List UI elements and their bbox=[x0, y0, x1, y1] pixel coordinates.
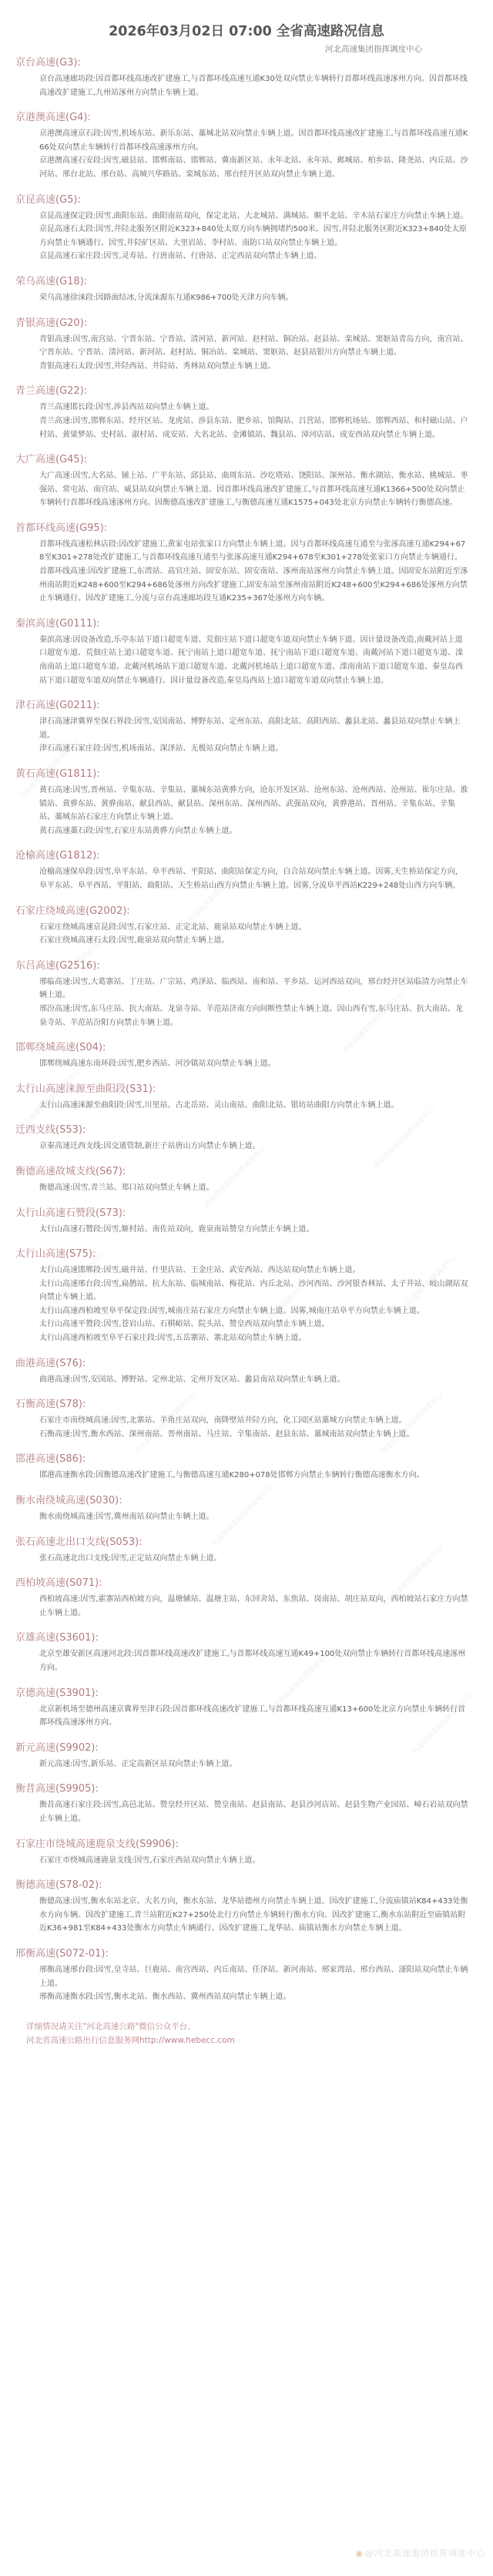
road-status-entry: 青银高速:因雪,南宫站、宁晋东站、宁晋站、清河站、新河站、赵村站、铜冶站、赵县站… bbox=[39, 333, 478, 360]
road-title: 石衡高速(S78): bbox=[15, 1397, 478, 1412]
road-title: 石家庄市绕城高速鹿泉支线(S9906): bbox=[15, 1837, 478, 1852]
road-status-entry: 太行山高速石赞段:因雪,姬村站、南佐站双向，鹿泉南站赞皇方向禁止车辆上道。 bbox=[39, 1223, 478, 1237]
road-section: 邢衡高速(S072-01):邢衡高速邢台段:因雪,皇寺站、巨鹿站、南宫西站、内丘… bbox=[15, 1946, 478, 2004]
road-status-entry: 太行山高速邢台段:因雪,扁鹊站、抗大东站、临城南站、梅花站、内丘北站、沙河西站、… bbox=[39, 1278, 478, 1305]
road-title: 京雄高速(S3601): bbox=[15, 1631, 478, 1646]
road-title: 曲港高速(S76): bbox=[15, 1356, 478, 1372]
road-section: 青兰高速(G22):青兰高速邯长段:因雪,涉县西站双向禁止车辆上道。青兰高速:因… bbox=[15, 384, 478, 442]
road-status-entry: 石家庄市南绕城高速:因雪,北寨站、羊角庄站双向，南降壁站井陉方向，化工园区站藁城… bbox=[39, 1414, 478, 1428]
road-title: 迁西支线(S53): bbox=[15, 1123, 478, 1138]
road-title: 衡昔高速(S9905): bbox=[15, 1782, 478, 1797]
road-status-entry: 新元高速:因雪,新乐站、正定高新区站双向禁止车辆上道。 bbox=[39, 1758, 478, 1772]
road-title: 青银高速(G20): bbox=[15, 316, 478, 331]
road-section: 石衡高速(S78):石家庄市南绕城高速:因雪,北寨站、羊角庄站双向，南降壁站井陉… bbox=[15, 1397, 478, 1441]
road-status-entry: 津石高速津冀界至保石界段:因雪,安国南站、博野东站、定州东站、高阳北站、高阳西站… bbox=[39, 715, 478, 742]
road-section: 青银高速(G20):青银高速:因雪,南宫站、宁晋东站、宁晋站、清河站、新河站、赵… bbox=[15, 316, 478, 374]
road-title: 新元高速(S9902): bbox=[15, 1741, 478, 1756]
road-status-entry: 太行山高速西柏坡至阜平石家庄段:因雪,五岳寨站、寨北站双向禁止车辆上道。 bbox=[39, 1332, 478, 1345]
road-section: 太行山高速石赞段(S73):太行山高速石赞段:因雪,姬村站、南佐站双向，鹿泉南站… bbox=[15, 1206, 478, 1237]
road-status-entry: 石家庄绕城高速石太段:因雪,鹿泉站双向禁止车辆上道。 bbox=[39, 934, 478, 948]
traffic-notice-page: 2026年03月02日 07:00 全省高速路况信息 河北高速集团指挥调度中心 … bbox=[0, 0, 493, 2047]
road-status-entry: 秦滨高速:因设备改造,乐亭东站下道口超宽车道、荒佃庄站下道口超宽车道双向禁止车辆… bbox=[39, 633, 478, 687]
road-title: 太行山高速(S75): bbox=[15, 1247, 478, 1262]
road-section: 京德高速(S3901):北京新机场至德州高速京冀界至津石段:因首都环线高速改扩建… bbox=[15, 1686, 478, 1730]
road-section: 太行山高速涞源至曲阳段(S31):太行山高速涞源至曲阳段:因雪,川里站、古北岳站… bbox=[15, 1082, 478, 1113]
road-title: 津石高速(G0211): bbox=[15, 698, 478, 714]
road-status-entry: 邯港高速衡水段:因衡德高速改扩建施工,与衡德高速互通K280+078处邯郸方向禁… bbox=[39, 1469, 478, 1483]
road-status-entry: 石家庄绕城高速京昆段:因雪,石家庄站、正定北站、鹿泉站双向禁止车辆上道。 bbox=[39, 921, 478, 935]
road-status-entry: 首都环线高速松林店段:因改扩建施工,黄家屯站张家口方向禁止车辆上道。因与首都环线… bbox=[39, 538, 478, 565]
road-status-entry: 衡昔高速石家庄段:因雪,高邑北站、赞皇经开区站、赞皇南站、赵县南站、赵县沙河店站… bbox=[39, 1798, 478, 1825]
road-status-entry: 张石高速北出口支线:因雪,正定站双向禁止车辆上道。 bbox=[39, 1552, 478, 1566]
road-section: 京港澳高速(G4):京港澳高速京石段:因雪,机场东站、新乐东站、藁城北站双向禁止… bbox=[15, 110, 478, 181]
road-section: 邯郸绕城高速(S04):邯郸绕城高速东南环段:因雪,肥乡西站、河沙镇站双向禁止车… bbox=[15, 1040, 478, 1071]
road-status-entry: 太行山高速西柏坡至阜平保定段:因雪,城南庄站石家庄方向禁止车辆上道。因雾,城南庄… bbox=[39, 1305, 478, 1318]
road-status-entry: 邢衡高速邢台段:因雪,皇寺站、巨鹿站、南宫西站、内丘南站、任泽站、新河南站、邢家… bbox=[39, 1963, 478, 1990]
road-status-entry: 青兰高速:因雪,邯郸东站、经开区站、龙虎站、涉县东站、肥乡站、馆陶站、吕营站、邯… bbox=[39, 415, 478, 442]
footer-notice: 详细情况请关注"河北高速公路"微信公众平台、 河北省高速公路出行信息服务网htt… bbox=[26, 2020, 478, 2047]
issuer-name: 河北高速集团指挥调度中心 bbox=[15, 43, 422, 55]
road-title: 邢衡高速(S072-01): bbox=[15, 1946, 478, 1962]
road-status-entry: 太行山高速涞源至曲阳段:因雪,川里站、古北岳站、灵山南站、曲阳北站、银坊站曲阳方… bbox=[39, 1099, 478, 1113]
road-status-entry: 黄石高速:因雪,晋州站、辛集东站、辛集站、藁城东站黄骅方向，沧东开发区站、沧州东… bbox=[39, 784, 478, 825]
road-section: 石家庄绕城高速(G2002):石家庄绕城高速京昆段:因雪,石家庄站、正定北站、鹿… bbox=[15, 904, 478, 948]
road-status-entry: 西柏坡高速:因雪,霍寨站西柏坡方向，温塘辅站、温塘主站、东回舍站、东焦站、岗南站… bbox=[39, 1593, 478, 1620]
road-status-entry: 荣乌高速徐涞段:因路面结冰,分流涞源东互通K986+700处天津方向车辆。 bbox=[39, 291, 478, 305]
road-section: 京雄高速(S3601):北京至雄安新区高速河北段:因首都环线高速改扩建施工,与首… bbox=[15, 1631, 478, 1674]
road-status-entry: 太行山高速平赞段:因雪,苍岩山站、石棋峪站、院头站、赞皇西站双向禁止车辆上道。 bbox=[39, 1318, 478, 1332]
weibo-logo-icon: ◉ bbox=[355, 2548, 364, 2558]
road-section: 太行山高速(S75):太行山高速邯郸段:因雪,磁井站、什里店站、王金庄站、武安西… bbox=[15, 1247, 478, 1345]
road-section: 京昆高速(G5):京昆高速保定段:因雪,曲阳东站、曲阳南站双向，保定北站、大北城… bbox=[15, 193, 478, 264]
road-status-entry: 京港澳高速石安段:因雪,磁县站、邯郸南站、邯郸站、冀南新区站、永年北站、永年站、… bbox=[39, 154, 478, 181]
road-status-entry: 衡水南绕城高速:因雪,冀州南站双向禁止车辆上道。 bbox=[39, 1510, 478, 1524]
road-section: 黄石高速(G1811):黄石高速:因雪,晋州站、辛集东站、辛集站、藁城东站黄骅方… bbox=[15, 767, 478, 838]
weibo-watermark-text: @河北高速集团指挥调度中心 bbox=[365, 2548, 485, 2558]
road-status-entry: 京秦高速迁西支线:因交通管制,新庄子站唐山方向禁止车辆上道。 bbox=[39, 1140, 478, 1154]
road-section: 津石高速(G0211):津石高速津冀界至保石界段:因雪,安国南站、博野东站、定州… bbox=[15, 698, 478, 756]
road-status-entry: 邢衡高速衡水段:因雪,衡水北站、衡水西站、冀州西站双向禁止车辆上道。 bbox=[39, 1990, 478, 2004]
road-title: 首都环线高速(G95): bbox=[15, 521, 478, 536]
road-title: 衡德高速故城支线(S67): bbox=[15, 1164, 478, 1180]
road-status-entry: 京港澳高速京石段:因雪,机场东站、新乐东站、藁城北站双向禁止车辆上道。因首都环线… bbox=[39, 127, 478, 154]
road-status-entry: 邯郸绕城高速东南环段:因雪,肥乡西站、河沙镇站双向禁止车辆上道。 bbox=[39, 1057, 478, 1071]
road-status-entry: 大广高速:因雪,大名站、铺上站、广平东站、邱县站、曲周东站、沙圪塔站、饶阳站、深… bbox=[39, 469, 478, 510]
road-status-entry: 北京新机场至德州高速京冀界至津石段:因首都环线高速改扩建施工,与首都环线高速互通… bbox=[39, 1703, 478, 1730]
road-section: 迁西支线(S53):京秦高速迁西支线:因交通管制,新庄子站唐山方向禁止车辆上道。 bbox=[15, 1123, 478, 1154]
road-section: 京台高速(G3):京台高速廊坊段:因首都环线高速改扩建施工,与首都环线高速互通K… bbox=[15, 55, 478, 99]
road-section: 石家庄市绕城高速鹿泉支线(S9906):石家庄市绕城高速鹿泉支线:因雪,石家庄西… bbox=[15, 1837, 478, 1868]
road-title: 京台高速(G3): bbox=[15, 55, 478, 71]
road-section: 曲港高速(S76):曲港高速:因雪,安国站、博野站、定州北站、定州开发区站、蠡县… bbox=[15, 1356, 478, 1387]
road-status-entry: 青兰高速邯长段:因雪,涉县西站双向禁止车辆上道。 bbox=[39, 401, 478, 415]
road-status-entry: 黄石高速藁石段:因雪,石家庄东站黄骅方向禁止车辆上道。 bbox=[39, 825, 478, 838]
road-section: 衡昔高速(S9905):衡昔高速石家庄段:因雪,高邑北站、赞皇经开区站、赞皇南站… bbox=[15, 1782, 478, 1825]
road-title: 石家庄绕城高速(G2002): bbox=[15, 904, 478, 919]
weibo-watermark: ◉@河北高速集团指挥调度中心 bbox=[355, 2547, 485, 2559]
road-section: 衡水南绕城高速(S030):衡水南绕城高速:因雪,冀州南站双向禁止车辆上道。 bbox=[15, 1493, 478, 1524]
road-status-entry: 首都环线高速:因改扩建施工,东湾站、高官庄站、固安东站、固安南站、涿州南站涿州方… bbox=[39, 565, 478, 606]
road-title: 京德高速(S3901): bbox=[15, 1686, 478, 1701]
road-section: 衡德高速故城支线(S67):衡德高速:因雪,青兰站、郑口站双向禁止车辆上道。 bbox=[15, 1164, 478, 1195]
road-section: 大广高速(G45):大广高速:因雪,大名站、铺上站、广平东站、邱县站、曲周东站、… bbox=[15, 452, 478, 510]
road-status-entry: 京昆高速石家庄段:因雪,灵寿站、行唐南站、行唐站、正定西站双向禁止车辆上道。 bbox=[39, 250, 478, 264]
road-status-entry: 青银高速石太段:因雪,井陉西站、井陉站、秀林站双向禁止车辆上道。 bbox=[39, 360, 478, 374]
road-section: 衡德高速(S78-02):衡德高速:因雪,衡水东站北京、大名方向，衡水东站、龙华… bbox=[15, 1878, 478, 1936]
page-title: 2026年03月02日 07:00 全省高速路况信息 bbox=[15, 23, 478, 40]
road-section: 东吕高速(G2516):邢临高速:因雪,大葛寨站、丁庄站、广宗站、鸡泽站、临西站… bbox=[15, 959, 478, 1029]
road-title: 大广高速(G45): bbox=[15, 452, 478, 468]
road-section: 荣乌高速(G18):荣乌高速徐涞段:因路面结冰,分流涞源东互通K986+700处… bbox=[15, 274, 478, 305]
road-status-entry: 太行山高速邯郸段:因雪,磁井站、什里店站、王金庄站、武安西站、西达站双向禁止车辆… bbox=[39, 1264, 478, 1278]
road-section: 沧榆高速(G1812):沧榆高速保阜段:因雪,阜平东站、阜平西站、平阳站、曲阳站… bbox=[15, 848, 478, 892]
road-title: 青兰高速(G22): bbox=[15, 384, 478, 399]
road-status-entry: 沧榆高速保阜段:因雪,阜平东站、阜平西站、平阳站、曲阳站保定方向，白合站双向禁止… bbox=[39, 865, 478, 892]
road-title: 衡水南绕城高速(S030): bbox=[15, 1493, 478, 1509]
road-status-entry: 京昆高速石太段:因雪,井陉北服务区附近K323+840处太原方向车辆拥堵约500… bbox=[39, 223, 478, 250]
road-title: 太行山高速石赞段(S73): bbox=[15, 1206, 478, 1221]
road-status-entry: 京昆高速保定段:因雪,曲阳东站、曲阳南站双向，保定北站、大北城站、满城站、顺平北… bbox=[39, 210, 478, 223]
road-title: 衡德高速(S78-02): bbox=[15, 1878, 478, 1893]
road-title: 太行山高速涞源至曲阳段(S31): bbox=[15, 1082, 478, 1097]
road-title: 荣乌高速(G18): bbox=[15, 274, 478, 290]
road-section: 西柏坡高速(S071):西柏坡高速:因雪,霍寨站西柏坡方向，温塘辅站、温塘主站、… bbox=[15, 1576, 478, 1620]
road-status-entry: 衡德高速:因雪,青兰站、郑口站双向禁止车辆上道。 bbox=[39, 1181, 478, 1195]
road-status-entry: 津石高速石家庄段:因雪,机场南站、深泽站、无极站双向禁止车辆上道。 bbox=[39, 742, 478, 756]
road-title: 沧榆高速(G1812): bbox=[15, 848, 478, 864]
road-section: 张石高速北出口支线(S053):张石高速北出口支线:因雪,正定站双向禁止车辆上道… bbox=[15, 1535, 478, 1566]
road-title: 邯港高速(S86): bbox=[15, 1452, 478, 1467]
road-title: 张石高速北出口支线(S053): bbox=[15, 1535, 478, 1550]
footer-wechat-line: 详细情况请关注"河北高速公路"微信公众平台、 bbox=[26, 2020, 478, 2034]
road-status-entry: 京台高速廊坊段:因首都环线高速改扩建施工,与首都环线高速互通K30处双向禁止车辆… bbox=[39, 72, 478, 99]
road-status-entry: 邢临高速:因雪,大葛寨站、丁庄站、广宗站、鸡泽站、临西站、南和站、平乡站、运河西… bbox=[39, 976, 478, 1003]
road-status-entry: 石衡高速:因雪,衡水西站、深州南站、晋州南站、马庄站、辛集南站、赵县东站、藁城南… bbox=[39, 1428, 478, 1442]
road-status-entry: 曲港高速:因雪,安国站、博野站、定州北站、定州开发区站、蠡县南站双向禁止车辆上道… bbox=[39, 1373, 478, 1387]
road-status-entry: 石家庄市绕城高速鹿泉支线:因雪,石家庄西站双向禁止车辆上道。 bbox=[39, 1854, 478, 1868]
road-title: 京昆高速(G5): bbox=[15, 193, 478, 208]
road-section: 新元高速(S9902):新元高速:因雪,新乐站、正定高新区站双向禁止车辆上道。 bbox=[15, 1741, 478, 1772]
road-section: 邯港高速(S86):邯港高速衡水段:因衡德高速改扩建施工,与衡德高速互通K280… bbox=[15, 1452, 478, 1483]
road-status-entry: 北京至雄安新区高速河北段:因首都环线高速改扩建施工,与首都环线高速互通K49+1… bbox=[39, 1647, 478, 1674]
road-title: 京港澳高速(G4): bbox=[15, 110, 478, 126]
road-section: 首都环线高速(G95):首都环线高速松林店段:因改扩建施工,黄家屯站张家口方向禁… bbox=[15, 521, 478, 606]
road-title: 邯郸绕城高速(S04): bbox=[15, 1040, 478, 1056]
road-title: 西柏坡高速(S071): bbox=[15, 1576, 478, 1591]
road-sections-list: 京台高速(G3):京台高速廊坊段:因首都环线高速改扩建施工,与首都环线高速互通K… bbox=[15, 55, 478, 2004]
road-title: 东吕高速(G2516): bbox=[15, 959, 478, 974]
road-status-entry: 衡德高速:因雪,衡水东站北京、大名方向，衡水东站、龙华站德州方向禁止车辆上道。因… bbox=[39, 1895, 478, 1936]
road-title: 秦滨高速(G0111): bbox=[15, 616, 478, 632]
road-section: 秦滨高速(G0111):秦滨高速:因设备改造,乐亭东站下道口超宽车道、荒佃庄站下… bbox=[15, 616, 478, 687]
road-status-entry: 邢汾高速:因雪,东马庄站、抗大南站、龙泉寺站、羊范站济南方向间断性禁止车辆上道。… bbox=[39, 1003, 478, 1029]
footer-website-line[interactable]: 河北省高速公路出行信息服务网http://www.hebecc.com bbox=[26, 2034, 478, 2047]
road-title: 黄石高速(G1811): bbox=[15, 767, 478, 782]
